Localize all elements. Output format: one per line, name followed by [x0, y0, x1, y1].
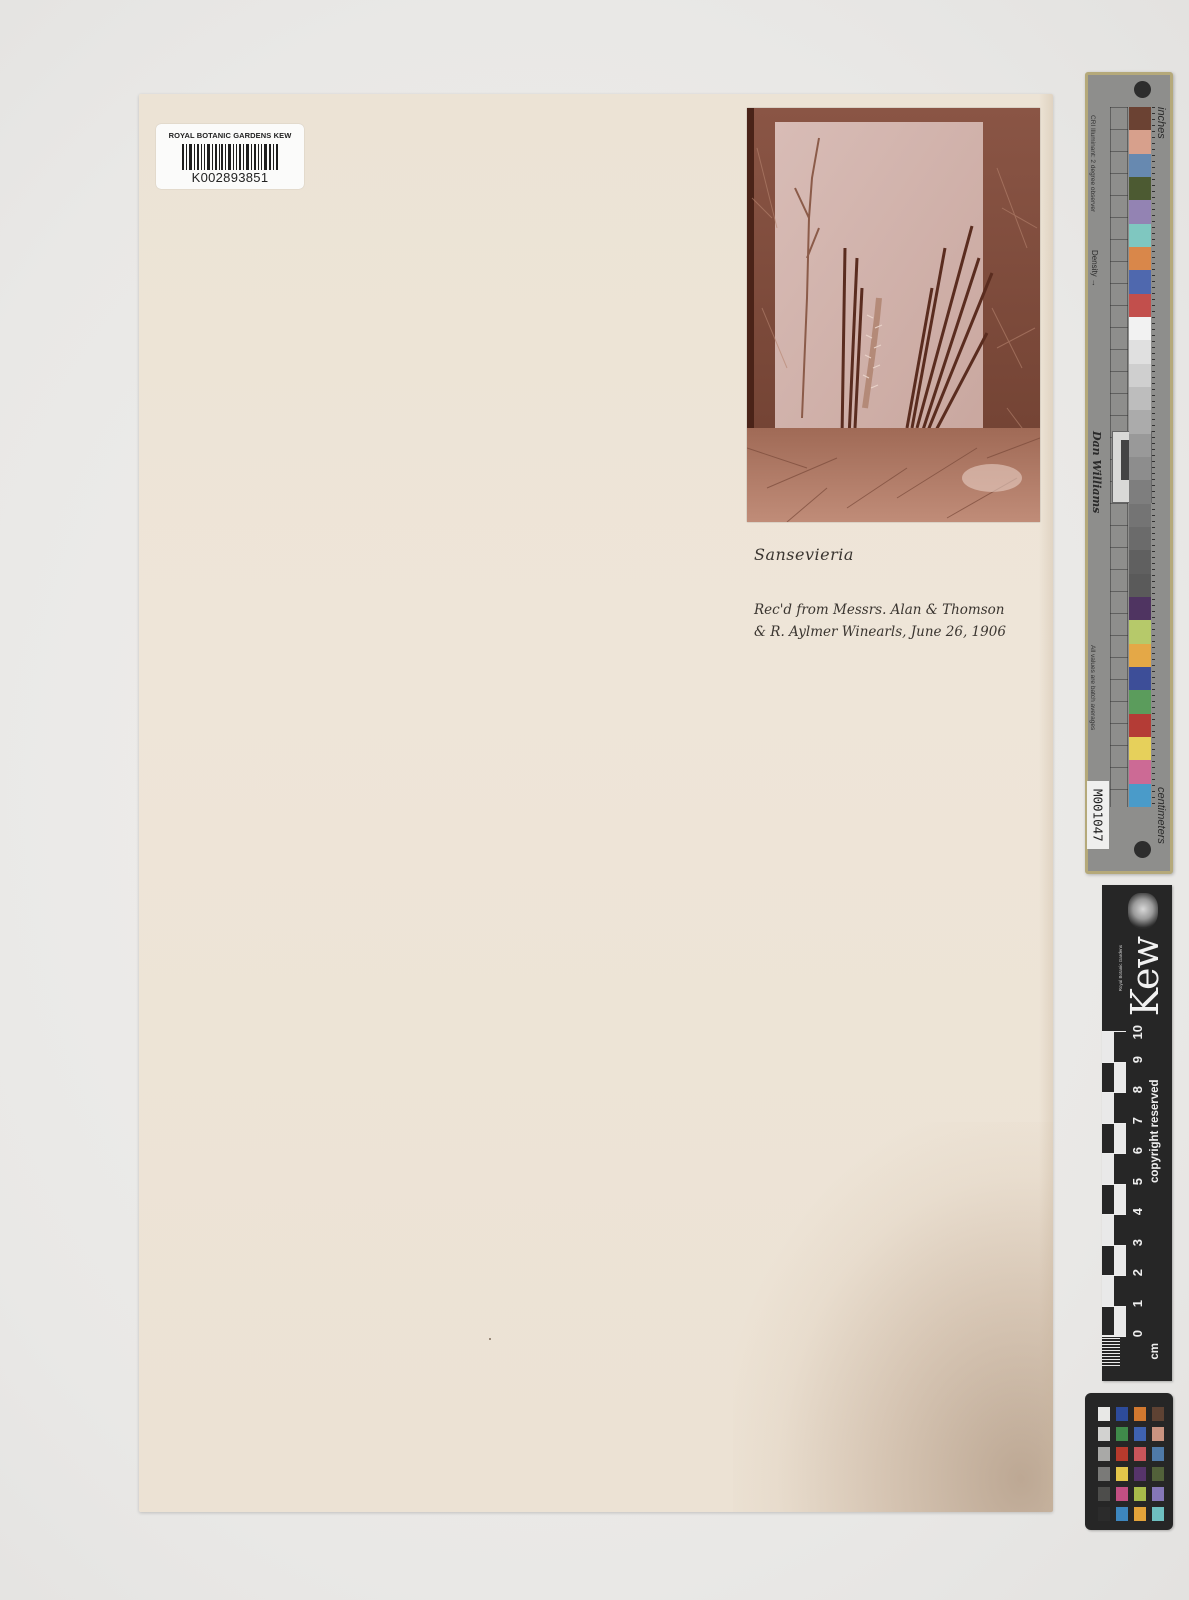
color-swatch [1129, 270, 1151, 293]
brand-label: Dan Williams [1090, 431, 1103, 513]
scale-number: 4 [1130, 1208, 1148, 1215]
color-swatch [1129, 760, 1151, 783]
kew-crest-icon [1128, 893, 1158, 929]
copyright-notice: copyright reserved [1149, 1031, 1161, 1231]
scale-number: 1 [1130, 1300, 1148, 1307]
checker-patch [1098, 1487, 1110, 1501]
color-swatch [1129, 154, 1151, 177]
color-swatch [1129, 224, 1151, 247]
checker-patch [1134, 1407, 1146, 1421]
color-swatch [1129, 714, 1151, 737]
herbarium-sheet: ROYAL BOTANIC GARDENS KEW K002893851 [139, 94, 1053, 1512]
checker-patch [1152, 1507, 1164, 1521]
color-swatch [1129, 457, 1151, 480]
color-swatch [1129, 434, 1151, 457]
color-swatch [1129, 597, 1151, 620]
mm-ticks [1102, 1335, 1120, 1367]
checker-patch [1116, 1427, 1128, 1441]
scale-segment [1102, 1124, 1126, 1155]
provenance-note-line-1: Rec'd from Messrs. Alan & Thomson [754, 602, 1004, 618]
kew-logo: Kew [1126, 937, 1164, 1016]
checker-patch [1098, 1427, 1110, 1441]
color-checker-card [1085, 1393, 1173, 1530]
scale-number: 8 [1130, 1086, 1148, 1093]
color-swatch [1129, 784, 1151, 807]
checker-patch [1098, 1407, 1110, 1421]
color-swatch [1129, 480, 1151, 503]
color-swatch [1129, 247, 1151, 270]
batch-note: All values are batch averages [1089, 645, 1096, 775]
plant-photo-icon [747, 108, 1040, 522]
checker-patch [1152, 1487, 1164, 1501]
scale-segment [1102, 1185, 1126, 1216]
water-stain [733, 1122, 1053, 1512]
institution-name: ROYAL BOTANIC GARDENS KEW [156, 131, 304, 140]
color-swatch [1129, 574, 1151, 597]
scale-number: 10 [1130, 1025, 1148, 1039]
color-swatch [1129, 550, 1151, 573]
color-swatches [1129, 107, 1151, 807]
ruler-ticks [1152, 107, 1155, 807]
scale-number: 7 [1130, 1117, 1148, 1124]
cm-scale-bar [1102, 1031, 1126, 1367]
color-swatch [1129, 690, 1151, 713]
scale-segment [1102, 1246, 1126, 1277]
inches-label: inches [1155, 107, 1167, 139]
checker-patch [1134, 1427, 1146, 1441]
mount-hole-icon [1134, 81, 1151, 98]
paper-speck [489, 1338, 491, 1340]
checker-patch [1098, 1507, 1110, 1521]
color-swatch [1129, 130, 1151, 153]
color-swatch [1129, 294, 1151, 317]
color-swatch [1129, 107, 1151, 130]
color-swatch [1129, 317, 1151, 340]
maker-note: CRI Illuminant: 2 degree observer [1089, 115, 1096, 235]
chart-id-tag: M001047 [1087, 781, 1109, 849]
scale-segment [1102, 1063, 1126, 1094]
checker-patch [1116, 1407, 1128, 1421]
checker-patch [1116, 1487, 1128, 1501]
checker-patch [1134, 1467, 1146, 1481]
checker-patch [1152, 1447, 1164, 1461]
scale-number: 3 [1130, 1239, 1148, 1246]
checker-patch [1116, 1467, 1128, 1481]
scale-segment [1102, 1032, 1126, 1063]
color-swatch [1129, 177, 1151, 200]
scale-segment [1102, 1307, 1126, 1338]
scale-number: 5 [1130, 1178, 1148, 1185]
checker-patch [1134, 1447, 1146, 1461]
checker-patch [1116, 1447, 1128, 1461]
color-swatch [1129, 340, 1151, 363]
color-swatch [1129, 620, 1151, 643]
scale-number: 0 [1130, 1330, 1148, 1337]
mount-hole-icon [1134, 841, 1151, 858]
scale-segment [1102, 1154, 1126, 1185]
barcode-icon [182, 144, 278, 170]
checker-patch [1152, 1407, 1164, 1421]
barcode-label: ROYAL BOTANIC GARDENS KEW K002893851 [156, 124, 304, 189]
checker-patch [1116, 1507, 1128, 1521]
specimen-photograph [747, 108, 1040, 522]
checker-patch [1152, 1467, 1164, 1481]
centimeters-label: centimeters [1155, 787, 1167, 844]
color-calibration-chart: inches centimeters CRI Illuminant: 2 deg… [1085, 72, 1173, 874]
kew-scale-card: Kew Royal Botanic Gardens copyright rese… [1102, 885, 1172, 1381]
scale-number: 2 [1130, 1269, 1148, 1276]
sheet-edge-discoloration [1039, 94, 1053, 1512]
genus-annotation: Sansevieria [754, 545, 854, 564]
color-swatch [1129, 644, 1151, 667]
color-swatch [1129, 527, 1151, 550]
checker-patch [1134, 1487, 1146, 1501]
color-swatch [1129, 200, 1151, 223]
scale-number: 6 [1130, 1147, 1148, 1154]
checker-patch [1098, 1467, 1110, 1481]
scale-segment [1102, 1215, 1126, 1246]
checker-patch [1098, 1447, 1110, 1461]
scale-segment [1102, 1093, 1126, 1124]
kew-logo-subtext: Royal Botanic Gardens [1118, 945, 1123, 991]
barcode-number: K002893851 [156, 171, 304, 184]
color-swatch [1129, 410, 1151, 433]
color-swatch [1129, 667, 1151, 690]
scale-segment [1102, 1276, 1126, 1307]
color-swatch [1129, 387, 1151, 410]
color-swatch [1129, 364, 1151, 387]
color-swatch [1129, 737, 1151, 760]
cm-unit-label: cm [1149, 1343, 1161, 1360]
checker-patch [1134, 1507, 1146, 1521]
provenance-note-line-2: & R. Aylmer Winearls, June 26, 1906 [754, 624, 1006, 640]
scale-number: 9 [1130, 1056, 1148, 1063]
density-label: Density → [1090, 250, 1099, 287]
color-swatch [1129, 504, 1151, 527]
checker-patch [1152, 1427, 1164, 1441]
